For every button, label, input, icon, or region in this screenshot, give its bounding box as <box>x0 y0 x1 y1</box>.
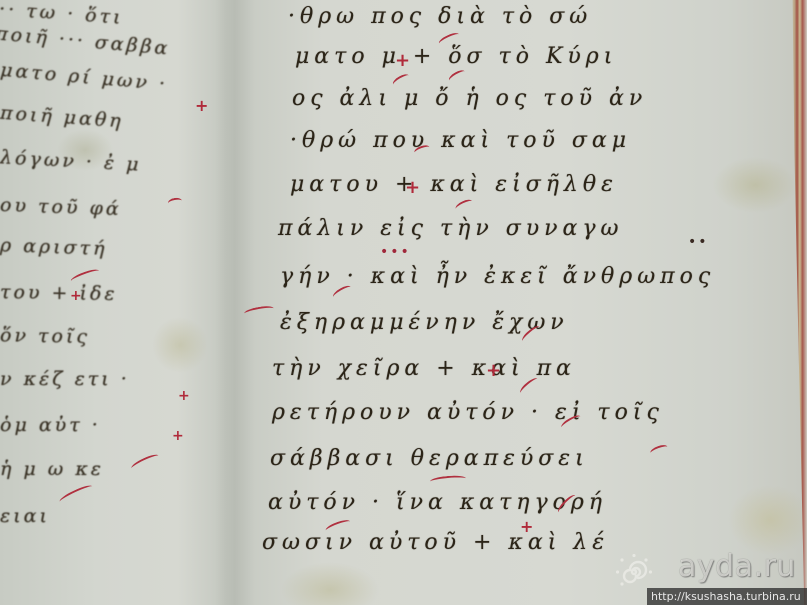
left-line-2: ποιῆ ··· σαββα <box>0 22 171 59</box>
left-line-5: λόγων · ἐ μ <box>0 146 142 175</box>
right-line-3: ος ἀλι μ ὄ ἡ ος τοῦ ἀν <box>292 86 647 111</box>
red-accent-mark <box>58 483 94 505</box>
red-accent-mark <box>447 68 467 84</box>
book-edge <box>789 0 807 605</box>
right-line-13: σωσιν αὐτοῦ + καὶ λέ <box>262 530 609 555</box>
red-cross-mark: + <box>172 428 184 444</box>
left-line-7: ρ αριστή <box>0 234 108 260</box>
ink-dots: •• <box>688 234 709 250</box>
left-line-11: ὁμ αὐτ · <box>0 414 101 436</box>
red-accent-mark <box>430 474 467 485</box>
right-line-5: ματου + καὶ εἰσῆλθε <box>290 172 618 197</box>
watermark-url: http://ksushasha.turbina.ru <box>647 588 807 605</box>
left-line-3: ματο ρί μων · <box>0 59 169 96</box>
red-cross-mark: + <box>395 50 410 71</box>
red-accent-mark <box>454 198 474 213</box>
red-cross-mark: + <box>486 360 501 381</box>
red-accent-mark <box>130 452 161 472</box>
right-line-11: σάββασι θεραπεύσει <box>270 446 589 471</box>
right-line-2: ματο μ + ὅσ τὸ Κύρι <box>295 44 617 69</box>
left-line-6: ου τοῦ φά <box>0 194 122 220</box>
red-cross-mark: + <box>520 517 533 536</box>
red-accent-mark <box>167 197 182 207</box>
left-line-12: ἡ μ ω κε <box>0 458 104 480</box>
red-cross-mark: + <box>405 177 420 198</box>
red-accent-mark <box>649 443 669 457</box>
left-line-13: ειαι <box>0 505 50 527</box>
right-line-12: αὐτόν · ἵνα κατηγορή <box>268 490 607 515</box>
right-line-9: τὴν χεῖρα + καὶ πα <box>272 356 576 381</box>
watermark: ayda.ru http://ksushasha.turbina.ru <box>612 546 807 605</box>
manuscript-photo: ··· τω · ὅτι ποιῆ ··· σαββα ματο ρί μων … <box>0 0 807 605</box>
right-line-4: ·θρώ που καὶ τοῦ σαμ <box>290 128 631 153</box>
right-line-1: ·θρω πος διὰ τὸ σώ <box>288 4 592 29</box>
right-line-10: ρετήρουν αὐτόν · εἰ τοῖς <box>272 400 664 425</box>
red-cross-mark: + <box>178 388 190 404</box>
watermark-logo-text: ayda.ru <box>678 549 796 584</box>
left-line-4: ποιῆ μαθη <box>0 102 124 133</box>
left-line-10: ν κέζ ετι · <box>0 368 130 390</box>
right-line-8: ἐξηραμμένην ἔχων <box>280 310 569 335</box>
left-line-9: ὅν τοῖς <box>0 324 90 348</box>
page-gutter <box>215 0 255 605</box>
red-cross-mark: + <box>195 96 208 115</box>
spiral-sun-icon <box>616 554 652 590</box>
red-dots: ••• <box>380 244 411 260</box>
red-cross-mark: + <box>70 288 82 304</box>
right-line-6: πάλιν εἰς τὴν συναγω <box>278 216 623 241</box>
left-line-8: του + ἰδε <box>0 281 118 305</box>
